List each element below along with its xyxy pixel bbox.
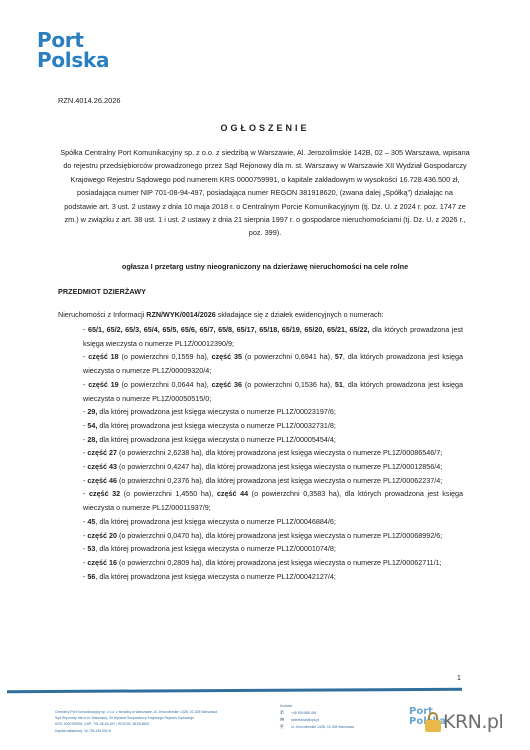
lead-reference: RZN/WYK/0014/2026 bbox=[146, 310, 216, 319]
list-item: - 45, dla której prowadzona jest księga … bbox=[83, 515, 463, 529]
parcel-list: - 65/1, 65/2, 65/3, 65/4, 65/5, 65/6, 65… bbox=[83, 323, 463, 583]
location-pin-icon: ⚲ bbox=[280, 725, 285, 730]
contact-address-row: ⚲ ul. Jerozolimskie 142B, 02-305 Warszaw… bbox=[280, 724, 400, 731]
announcement-line: ogłasza I przetarg ustny nieograniczony … bbox=[0, 262, 530, 271]
document-title: OGŁOSZENIE bbox=[0, 123, 530, 133]
lead-suffix: składające się z działek ewidencyjnych o… bbox=[216, 310, 384, 319]
list-item: - 28, dla której prowadzona jest księga … bbox=[83, 433, 463, 447]
intro-paragraph: Spółka Centralny Port Komunikacyjny sp. … bbox=[60, 146, 470, 240]
contact-email: sekretariat@cpk.pl bbox=[291, 717, 319, 724]
krn-watermark: KRN.pl bbox=[425, 711, 503, 733]
logo-line-2: Polska bbox=[37, 50, 109, 70]
contact-phone-row: ✆ +48 539 888 464 bbox=[280, 710, 400, 717]
list-item: - część 43 (o powierzchni 0,4247 ha), dl… bbox=[83, 460, 463, 474]
list-item: - 54, dla której prowadzona jest księga … bbox=[83, 419, 463, 433]
lead-paragraph: Nieruchomości z Informacji RZN/WYK/0014/… bbox=[58, 310, 478, 319]
footer-divider bbox=[7, 688, 462, 693]
list-item: - część 16 (o powierzchni 0,2809 ha), dl… bbox=[83, 556, 463, 570]
footer-contact: Kontakt ✆ +48 539 888 464 ✉ sekretariat@… bbox=[280, 703, 400, 731]
contact-heading: Kontakt bbox=[280, 703, 400, 710]
logo-line-1: Port bbox=[37, 30, 109, 50]
padlock-icon bbox=[425, 712, 441, 732]
list-item: - część 27 (o powierzchni 2,6238 ha), dl… bbox=[83, 446, 463, 460]
list-item: - 56, dla której prowadzona jest księga … bbox=[83, 570, 463, 584]
footer-company-line: Kapitał zakładowy: 16.728.436.500 zł bbox=[55, 728, 255, 734]
page-number: 1 bbox=[457, 675, 461, 682]
list-item: - 53, dla której prowadzona jest księga … bbox=[83, 542, 463, 556]
list-item: - część 46 (o powierzchni 0,2376 ha), dl… bbox=[83, 474, 463, 488]
list-item: - 65/1, 65/2, 65/3, 65/4, 65/5, 65/6, 65… bbox=[83, 323, 463, 350]
list-item: - część 19 (o powierzchni 0,0644 ha), cz… bbox=[83, 378, 463, 405]
footer-company-info: Centralny Port Komunikacyjny sp. z o.o. … bbox=[55, 709, 255, 734]
lead-prefix: Nieruchomości z Informacji bbox=[58, 310, 146, 319]
phone-icon: ✆ bbox=[280, 711, 285, 716]
watermark-text: KRN.pl bbox=[443, 711, 503, 733]
list-item: - część 18 (o powierzchni 0,1559 ha), cz… bbox=[83, 350, 463, 377]
list-item: - 29, dla której prowadzona jest księga … bbox=[83, 405, 463, 419]
reference-number: RZN.4014.26.2026 bbox=[58, 96, 120, 105]
list-item: - część 32 (o powierzchni 1,4550 ha), cz… bbox=[83, 487, 463, 514]
contact-address: ul. Jerozolimskie 142B, 02-305 Warszawa bbox=[291, 724, 354, 731]
section-heading: PRZEDMIOT DZIERŻAWY bbox=[58, 287, 146, 296]
envelope-icon: ✉ bbox=[280, 718, 285, 723]
list-item: - część 20 (o powierzchni 0,0470 ha), dl… bbox=[83, 529, 463, 543]
contact-email-row: ✉ sekretariat@cpk.pl bbox=[280, 717, 400, 724]
port-polska-logo: Port Polska bbox=[37, 30, 109, 70]
contact-phone: +48 539 888 464 bbox=[291, 710, 317, 717]
